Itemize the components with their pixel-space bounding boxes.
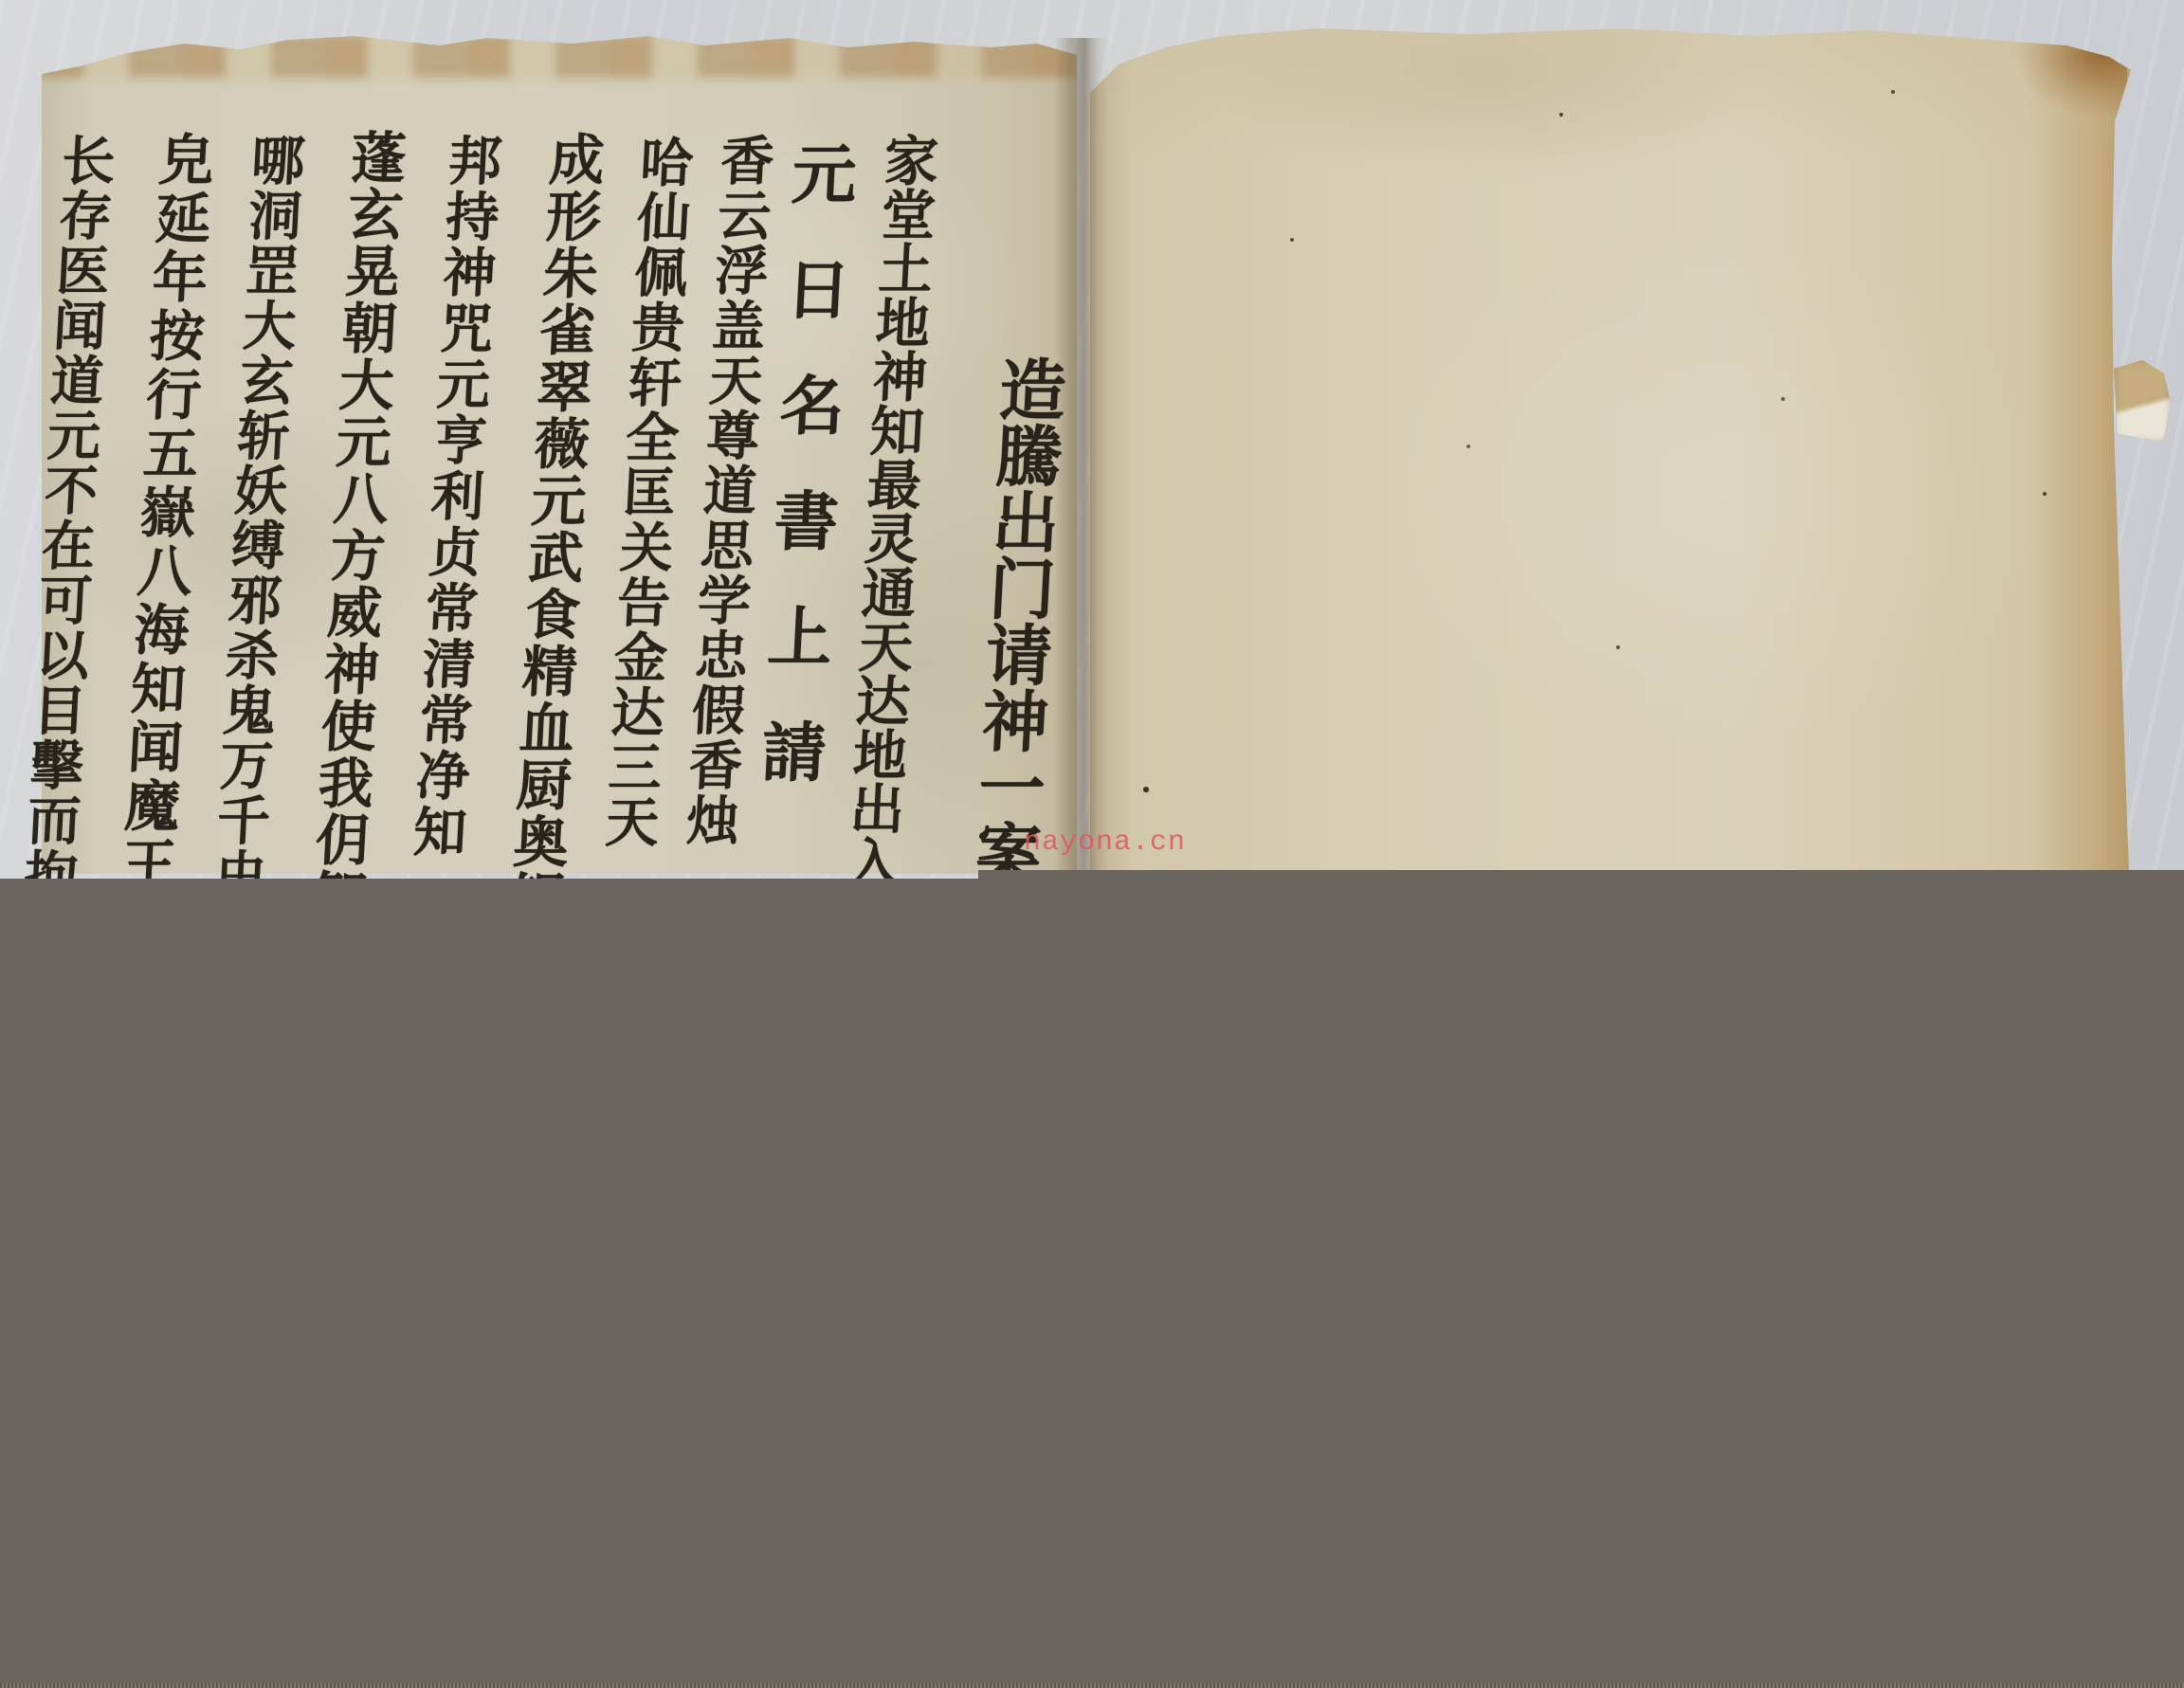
paper-fiber-specks: [0, 0, 2, 2]
bookmark-tab: [2114, 360, 2171, 442]
manuscript-photo: 造騰出门请神一案 家堂土地神知最灵通天达地出入 元日名書上請 香云浮盖天尊道思学…: [0, 0, 2184, 1688]
right-page: [1090, 27, 2131, 874]
image-bottom-artifact-strip: [0, 1683, 2184, 1688]
gray-censor-overlay-right: [978, 870, 2184, 1688]
gray-censor-overlay-left: [0, 879, 978, 1688]
site-watermark: nayona.cn: [1024, 826, 1186, 859]
